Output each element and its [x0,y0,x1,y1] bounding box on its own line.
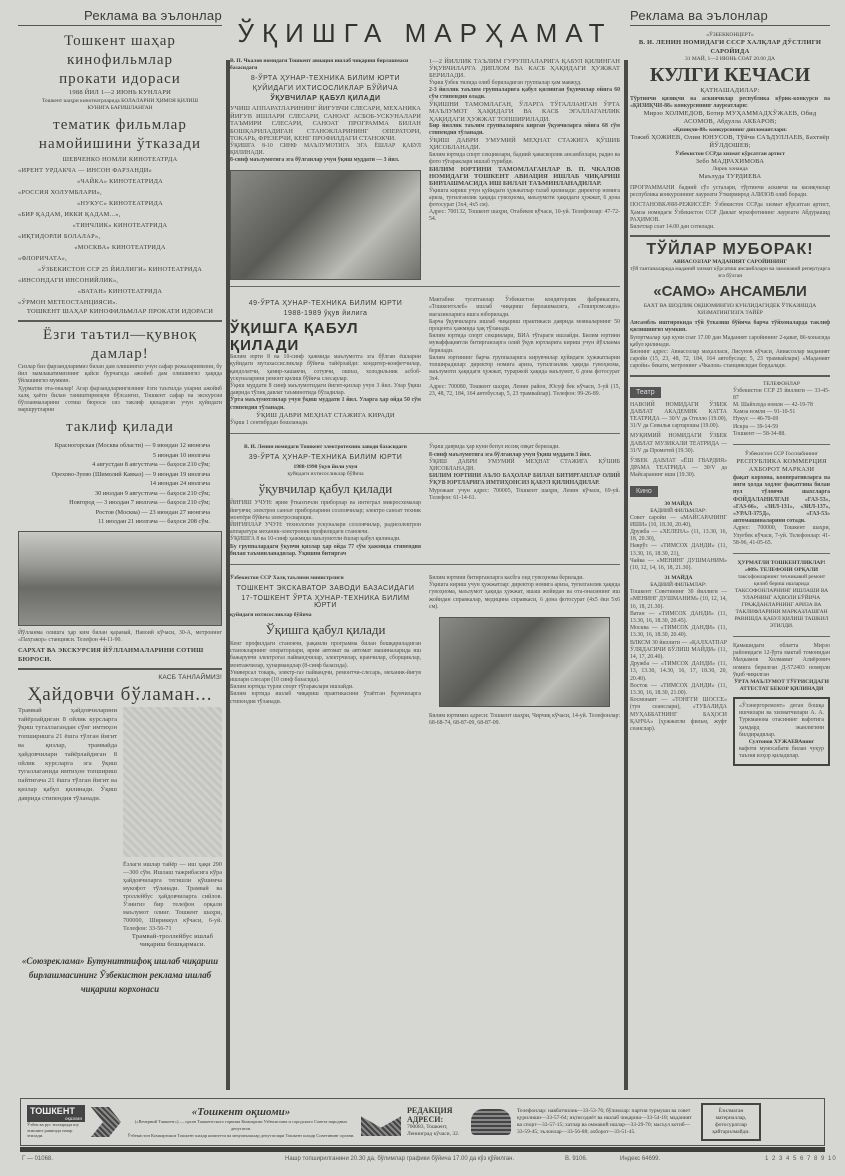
concert-laureates-intro: Тўртинчи қизиқчи ва аскиячилар республик… [630,96,830,110]
ad1-duration: 8-синф маълумотига эга бўлганлар учун ўқ… [230,157,421,164]
divider [733,553,830,554]
ad2-school: 49-ЎРТА ҲУНАР-ТЕХНИКА БИЛИМ ЮРТИ [230,300,421,307]
ad1-right-text: Ўқишга кириш учун қуйидаги ҳужжатлар тал… [429,188,620,210]
auction-address: Адрес: 700000, Тошкент шаҳри, Улуғбек кў… [733,525,830,547]
obituary-box: «Ўзэнергоремонт» деган бошқа ишчилари ва… [733,697,830,766]
auction-name: РЕСПУБЛИКА КОММЕРЦИЯ АХБОРОТ МАРКАЗИ [733,458,830,475]
column-rule [624,60,628,1090]
travel-ad-heading: таклиф қилади [18,418,222,437]
wedding-body: Ансамбль иштирокида тўй ўтказиш бўйича б… [630,320,830,334]
divider [733,444,830,445]
divider [733,636,830,637]
phone-notice-subtitle: «009» ТЕЛЕФОНИ ОРҚАЛИ [733,567,830,574]
concert-diploma: Тожиб ҲОЖИЕВ, Олим ЮНУСОВ, Тўйчи САЪДУЛЛ… [630,134,830,151]
ad2-right: Билим юртида спорт секциялари, ВИА тўгар… [429,333,620,355]
cinema-entry: Наврўз — «ТИМСОХ ДАНДИ» (11, 13.30, 16, … [630,543,727,557]
cinema-date: 30 МАЙДА [630,501,727,508]
ad4-specialty: қуйидаги ихтисосликлар бўйича [230,612,421,619]
route-item: Орехово-Зуево (Шимолий Кавказ) — 9 июнда… [18,470,210,480]
concert-org: «ЎЗБЕККОНЦЕРТ» [630,32,830,39]
tram-ad-body-left: Трамвай ҳайдовчиларини тайёрлайдиган 8 о… [18,707,117,950]
cinema-ad-signature: ТОШКЕНТ ШАҲАР КИНОФИЛЬМЛАР ПРОКАТИ ИДОРА… [18,308,222,317]
tram-ad-title: Ҳайдовчи бўламан... [18,683,222,707]
tram-ad-body-right: Ёзлаги ишлар тайёр — иш ҳақи 290—300 сўм… [123,861,222,933]
editorial-address: 700083, Тошкент, Ленинград кўчаси, 32. [407,1124,465,1138]
ad3-right: Ўқиш даврида ҳар куни бепул иссиқ овқат … [429,444,620,451]
route-item: Ростов (Москва) — 23 июндан 27 июнгача [18,508,210,518]
divider [230,564,620,565]
concert-singer: Маълуда ТУРДИЕВА [630,173,830,182]
concert-artist: Зебо МАДРАХИМОВА [630,158,830,167]
wedding-title: ТЎЙЛАР МУБОРАК! [630,241,830,259]
route-item: 11 июлдан 21 июлгача — баҳоси 208 сўм. [18,517,210,527]
divider [630,235,830,237]
cinema-entry: Москва — «ТИМСОХ ДАНДИ» (11, 13.30, 16, … [630,625,727,639]
route-item: 14 июндан 24 июлгача [18,479,210,489]
ad3-school: 39-ЎРТА ҲУНАР-ТЕХНИКА БИЛИМ ЮРТИ [230,454,421,461]
ad2-right: Мактабни тугатганлар Ўзбекистон кондитер… [429,297,620,319]
concert-tickets: Билетлар соат 14.00 дан сотилади. [630,224,830,231]
paper-logo: ТОШКЕНТ оқшоми Ўзбек ва рус тилларида шу… [21,1105,91,1139]
arrow-emblem-icon [91,1107,121,1137]
cinema-entry: Дружба — «ТИМСОХ ДАНДИ» (11, 13, 13.30, … [630,661,727,683]
cinema-label: БАДИИЙ ФИЛЬМЛАР: [630,508,727,515]
tram-illustration [123,707,222,857]
cinema-listing: «ЧАЙКА» КИНОТЕАТРИДА [18,176,222,187]
right-rubric: Реклама ва эълонлар [630,8,830,26]
ad3-specialty: қуйидаги ихтисосликлар бўйича [230,471,421,478]
left-column: Реклама ва эълонлар Тошкент шаҳар кинофи… [18,8,222,996]
cinema-listing: «НУКУС» КИНОТЕАТРИДА [18,198,222,209]
left-rubric: Реклама ва эълонлар [18,8,222,26]
wedding-ad: ТЎЙЛАР МУБОРАК! АВИАСОЗЛАР МАДАНИЯТ САРО… [630,241,830,370]
telephone-icon [471,1109,511,1135]
logo-text: ТОШКЕНТ [27,1105,85,1117]
footer-imprint: ТОШКЕНТ оқшоми Ўзбек ва рус тилларида шу… [20,1098,825,1146]
phone-notice-body: таксофонларнинг техникавий ремонт қилиб … [733,574,830,630]
cinema-listing: «ИҚТИДОРЛИ БОЛАЛАР», [18,231,222,242]
ad4-company: ТОШКЕНТ ЭКСКАВАТОР ЗАВОДИ БАЗАСИДАГИ [230,585,421,592]
obituary-name: Султонов ХУЖАЕВАнинг [739,739,824,746]
cinema-entry: Космонавт — «ТОНГГИ ШОССЕ» (тун сеанслар… [630,697,727,733]
ad-block-3: В. И. Ленин номидаги Тошкент электротехн… [230,444,620,558]
cinema-listing: «ЎРМОН МЕТЕОСТАНЦИЯСИ». [18,297,222,308]
theatre-entry: МУҚИМИЙ НОМИДАГИ ЎЗБЕК ДАВЛАТ МУЗИКАЛИ Т… [630,433,727,455]
phone-entry: Нукус — 46-70-69 [733,416,830,423]
divider [230,433,620,434]
travel-routes: Красногорская (Москва области) — 9 июнда… [18,441,222,527]
divider [18,320,222,322]
wedding-offer: БАХТ ВА ШОДЛИК ОҚШОМИНГИЗ КУНЛИДАГИДЕК Ў… [630,303,830,317]
tram-ad-signature: Трамвай-троллейбус ишлаб чиқариш бошқарм… [123,933,222,950]
ad1-right-text: Бир йиллик таълим группаларига кирган ўқ… [429,123,620,137]
ad1-heading: ЎҚУВЧИЛАР ҚАБУЛ ҚИЛАДИ [230,95,421,102]
cinema-listing: «БИР ҚАДАМ, ИККИ ҚАДАМ...», [18,209,222,220]
ad3-body: ЙИҒИШ УЧУН: ярим ўтказгичли приборлар ва… [230,500,421,522]
concert-venue: В. И. ЛЕНИН НОМИДАГИ СССР ХАЛҚЛАР ДЎСТЛИ… [630,39,830,56]
ad3-body: ЎҚИШГА 8 ва 10-синф ҳажмида маълумотли ё… [230,536,421,543]
ad2-address: Адрес: 700080, Тошкент шаҳри, Ленин райо… [429,384,620,398]
ad4-heading: Ўқишга қабул қилади [230,622,421,638]
ad3-right: БИЛИМ ЮРТИНИ АЪЛО БАҲОЛАР БИЛАН БИТИРГАН… [429,473,620,487]
cinema-listing: «ВАТАН» КИНОТЕАТРИДА [18,286,222,297]
auction-body: фақат корхона, кооперативларга ва янги ҳ… [733,475,830,525]
middle-column: ЎҚИШГА МАРҲАМАТ В. П. Чкалов номидаги То… [230,0,620,727]
ad1-note: ЎҚИШГА 8-10 СИНФ МАЪЛУМОТИГА ЭГА ЁШЛАР Қ… [230,143,421,157]
concert-artist-intro: Ўзбекистон ССРда хизмат кўрсатган артист [630,151,830,158]
concert-singer-intro: Лирик хонанда [630,166,830,173]
travel-ad-paragraph: Ҳурматли ота-оналар! Агар фарзандларинги… [18,386,222,415]
editorial-phones: Телефонлар: навбатчилик—33-53-76; бўлимл… [511,1108,701,1136]
lost-notice-heading: ЎРТА МАЪЛУМОТ ТЎҒРИСИДАГИ АТТЕСТАТ БЕКОР… [733,679,830,693]
concert-participants-label: ҚАТНАШАДИЛАР: [630,87,830,96]
travel-ad-title: Ёзги таътил—қувноқ дамлар! [18,326,222,364]
ad4-body: Кенг профилдаги станокчи, рақамли програ… [230,641,421,670]
concert-dates: 31 МАЙ, 1—2 ИЮНЬ СОАТ 20.00 ДА [630,56,830,63]
ad1-address: Адрес: 700132, Тошкент шаҳри, Отабеков к… [429,209,620,223]
cinema-listing: «МОСКВА» КИНОТЕАТРИДА [18,242,222,253]
tram-ad: КАСБ ТАНЛАЙМИЗ! Ҳайдовчи бўламан... Трам… [18,674,222,996]
tram-ad-kicker: КАСБ ТАНЛАЙМИЗ! [18,674,222,683]
cinema-entry: Ватан — «ТИМСОХ ДАНДИ» (11, 13.30, 16, 1… [630,611,727,625]
phone-entry: М. Шайхзода номли — 42-19-78 [733,402,830,409]
theatre-building-photo [18,531,222,626]
footer-meta-index: Индекс 64699. [620,1156,660,1162]
ad1-right-text: Билим юртида спорт секциялари, бадиий ҳа… [429,152,620,166]
cinema-listing: «ФЛОРИЧАТА», [18,253,222,264]
footer-bar [20,1147,825,1152]
ad2-heading: ЎҚИШГА ҚАБУЛ ҚИЛАДИ [230,320,421,354]
right-column: Реклама ва эълонлар «ЎЗБЕККОНЦЕРТ» В. И.… [630,8,830,766]
cinema-listing: «РОССИЯ ХОЛУМБЛАРИ», [18,187,222,198]
ad-block-1: В. П. Чкалов номидаги Тошкент авиация иш… [230,58,620,280]
divider [18,668,222,670]
divider [230,286,620,287]
ad2-body: Билим юрти 8 ва 10-синф ҳажмида маълумот… [230,354,421,383]
ad4-body: Универсал токарь, электр-газ пайвандчи, … [230,670,421,684]
travel-ad-intro: Сизлар биз фарзандларимиз билан дам олиш… [18,364,222,386]
ad4-right: Ўқишга кириш учун ҳужжатлар: директор но… [429,582,620,611]
theatre-entry: ЎЗБЕК ДАВЛАТ «ЁШ ГВАРДИЯ» ДРАМА ТЕАТРИДА… [630,458,727,480]
ad2-year: 1988-1989 ўқув йилига [230,310,421,317]
ad2-note: ЎҚИШ ДАВРИ МЕҲНАТ СТАЖИГА КИРАДИ [230,412,421,421]
paper-desc-2: Ўзбекистон Компартияси Тошкент шаҳар ком… [127,1132,355,1139]
lost-notice-body: Қамашидаги облатта Мирзо районидаги 12-ў… [733,643,830,679]
route-item: Красногорская (Москва области) — 9 июнда… [18,441,210,451]
student-portrait-photo [439,617,610,707]
travel-ad-footer-note: Йўлланма олишга ҳар ким билан қарамай, Н… [18,630,222,644]
listings-section: Театр НАВОИЙ НОМИДАГИ ЎЗБЕК ДАВЛАТ АКАДЕ… [630,381,830,767]
obituary-closing: вафоти муносабати билан чуқур таъзия изҳ… [739,746,824,760]
cinema-ad-title-2: прокати идораси [18,70,222,89]
wedding-intro: тўй тантаналарида маданий хизмат кўрсати… [630,266,830,280]
ad2-note: Ўрта маълумотлилар учун ўқиш муддати 1 й… [230,397,421,411]
ad2-note: Ўқиш муддати 8 синф маълумотидаги йигит-… [230,383,421,397]
ad3-intro: В. И. Ленин номидаги Тошкент электротехн… [230,444,421,451]
phone-notice-title: ҲУРМАТЛИ ТОШКЕНТЛИКЛАР! [733,560,830,567]
divider [630,375,830,377]
concert-ad: «ЎЗБЕККОНЦЕРТ» В. И. ЛЕНИН НОМИДАГИ СССР… [630,32,830,231]
phone-entry: Хамза номли — 91-10-51 [733,409,830,416]
cinema-listing: «ИНСОНДАГИ ИНСОНИЙЛИК», [18,275,222,286]
ad1-intro: В. П. Чкалов номидаги Тошкент авиация иш… [230,58,421,72]
cinema-listing: «ИРЕНТ УРДАКЧА — ИНСОН ФАРЗАНДИ» [18,165,222,176]
cinema-ad-heading-1: тематик фильмлар [18,116,222,135]
ad1-right-heading: 1—2 ЙИЛЛИК ТАЪЛИМ ГУРУППАЛАРИГА ҚАБУЛ ҚИ… [429,58,620,80]
travel-ad-signature: САРХАТ ВА ЭКСКУРСИЯ ЙЎЛЛАНМАЛАРИНИ СОТИШ… [18,647,222,664]
cinema-tab: Кино [630,486,658,497]
route-item: 4 августдан 8 августгача — баҳоси 210 сў… [18,460,210,470]
logo-caption: Ўзбек ва рус тилларида шу этишинг равишд… [27,1122,85,1139]
cinema-entry: Тошкент Советининг 30 йиллиги — «МЕНИНГ … [630,589,727,611]
phone-entry: Ўзбекистон ССР 25 йиллиги — 33-45-87 [733,388,830,402]
theatre-tab: Театр [630,387,661,398]
cinema-entry: ВЛКСМ 30 йиллиги — «ҚАЛХАТПАР ЎЛЯДАСИЧИ … [630,640,727,662]
concert-program: ПРОГРАММАНИ бадиий сўз усталари, тўртинч… [630,185,830,199]
concert-director: ПОСТАНОВКАЧИ-РЕЖИССЁР: Ўзбекистон ССРда … [630,202,830,224]
ad3-stipend: Бу группалардаги ўқувчи қизлар ҳар ойда … [230,544,421,558]
wedding-address: Бизнинг адрес: Авиасозлар маҳалласи, Лис… [630,349,830,371]
cinema-listing: ШЕВЧЕНКО НОМЛИ КИНОТЕАТРДА [18,154,222,165]
ad3-body: ЙИҒИНЛАР УЧУН: технология ускуналари соз… [230,522,421,536]
route-item: 30 июлдан 9 августгача — баҳоси 210 сўм; [18,489,210,499]
cinema-entry: Совет саройи — «МАЙСАРАНИНГ ИШИ» (10, 18… [630,515,727,529]
cinema-ad-dates: 1988 ЙИЛ 1—2 ИЮНЬ КУНЛАРИ [18,89,222,98]
newspaper-page: Реклама ва эълонлар Тошкент шаҳар кинофи… [0,0,845,1176]
ad-block-4: Ўзбекистон ССР Халқ таълими министрлиги … [230,575,620,727]
cinema-ad-subtitle: Тошкент шаҳри кинотеатрларида БОЛАЛАРНИ … [18,98,222,112]
ad2-start: Ўқиш 1 сентябрдан бошланади. [230,420,421,427]
ad1-right-text: ЎҚИШ ДАВРИ УМУМИЙ МЕҲНАТ СТАЖИГА ҚЎШИБ Ҳ… [429,137,620,151]
editorial-address-block: РЕДАКЦИЯ АДРЕСИ: 700083, Тошкент, Ленинг… [401,1106,471,1138]
student-photo [230,170,421,280]
theatre-entry: НАВОИЙ НОМИДАГИ ЎЗБЕК ДАВЛАТ АКАДЕМИК КА… [630,402,727,431]
cinema-listing: «ТИНЧЛИК» КИНОТЕАТРИДА [18,220,222,231]
envelope-icon [361,1108,401,1136]
ad1-body: УЧИШ АППАРАТЛАРИНИНГ ЙИҒУВЧИ СЛЕСАРИ, МЕ… [230,105,421,143]
obituary-body: «Ўзэнергоремонт» деган бошқа ишчилари ва… [739,703,824,739]
ad3-right: 8-синф маълумотига эга бўлганлар учун ўқ… [429,452,620,459]
section-masthead: ЎҚИШГА МАРҲАМАТ [230,0,620,48]
cinema-ad: Тошкент шаҳар кинофильмлар прокати идора… [18,32,222,316]
route-item: 5 июндан 10 июлгача [18,451,210,461]
ad1-right-text: БИЛИМ ЮРТИНИ ТАМОМЛАГАНЛАР В. П. ЧКАЛОВ … [429,166,620,188]
auction-org: Ўзбекистон ССР Госснабининг [733,451,830,458]
footer-meta-pages: 1 2 3 4 5 6 7 8 9 10 [765,1156,837,1162]
footer-meta-order: В. 9106. [565,1156,587,1162]
ad3-address: Мурожаат учун адрес: 700005, Тошкент шаҳ… [429,488,620,502]
ad4-school: 17-ТОШКЕНТ ЎРТА ҲУНАР-ТЕХНИКА БИЛИМ ЮРТИ [230,595,421,609]
ad1-right-text: Ўқиш ўзбек тилида олиб бориладиган групп… [429,80,620,87]
editorial-label: РЕДАКЦИЯ АДРЕСИ: [407,1106,465,1124]
ad4-address: Билим юртимиз адреси: Тошкент шаҳри, Чир… [429,713,620,727]
ad3-heading: ўқувчилар қабул қилади [230,481,421,497]
paper-title-block: «Тошкент оқшоми» («Вечерний Ташкент») — … [121,1106,361,1139]
wedding-body: Буюртмалар ҳар куни соат 17.00 дан Мадан… [630,335,830,349]
concert-title: КУЛГИ КЕЧАСИ [630,63,830,87]
footer-meta-mid: Нашр топширилганини 20.30 да, бўлимлар г… [285,1156,514,1162]
cinema-listing: «ЎЗБЕКИСТОН ССР 25 ЙИЛЛИГИ» КИНОТЕАТРИДА [18,264,222,275]
ad2-right: Барча ўқувчиларга ишлаб чиқариш практика… [429,319,620,333]
ad3-right: ЎҚИШ ДАВРИ УМУМИЙ МЕҲНАТ СТАЖИГА ҚЎШИБ Ҳ… [429,459,620,473]
ad1-school: 8-ЎРТА ҲУНАР-ТЕХНИКА БИЛИМ ЮРТИ [230,75,421,82]
travel-ad: Ёзги таътил—қувноқ дамлар! Сизлар биз фа… [18,326,222,664]
cinema-entry: Дружба — «ХЕЛЕНА» (11, 13.30, 16, 18, 20… [630,529,727,543]
ad1-right-text: ЎҚИШНИ ТАМОМЛАГАН, ЎЛАРГА ТЎГАЛЛАНГАН ЎР… [429,101,620,123]
ad4-body: Билим юртида ишлаб чиқариш практикасини … [230,691,421,705]
cinema-entry: Восток — «ТИМСОХ ДАНДИ» (11, 13.30, 16, … [630,683,727,697]
cinema-entry: Чайка — «МЕНИНГ ДУШМАНИМ» (10, 12, 14, 1… [630,558,727,572]
ad1-specialty: ҚУЙИДАГИ ИХТИСОСЛИКЛАР БЎЙИЧА [230,85,421,92]
notice-box: Ёзилмаган материаллар, фотосуратлар қайт… [701,1103,761,1141]
paper-desc: («Вечерний Ташкент») — орган Ташкентског… [127,1118,355,1132]
ad-block-2: 49-ЎРТА ҲУНАР-ТЕХНИКА БИЛИМ ЮРТИ 1988-19… [230,297,620,427]
phone-entry: Тошкент — 58-34-88. [733,431,830,438]
concert-laureates: Мирзо ХОЛМЕДОВ, Ботир МУҲАММАДХЎЖАЕВ, Об… [630,110,830,127]
wedding-ensemble: «САМО» АНСАМБЛИ [630,283,830,300]
cinema-ad-heading-2: намойишини ўтказади [18,135,222,154]
ad4-intro: Ўзбекистон ССР Халқ таълими министрлиги [230,575,421,582]
paper-title: «Тошкент оқшоми» [127,1106,355,1118]
phone-entry: Искра — 39-14-59 [733,424,830,431]
cinema-ad-title-1: Тошкент шаҳар кинофильмлар [18,32,222,70]
route-item: Новгород — 3 июлдан 7 июлгача — баҳоси 2… [18,498,210,508]
soyuzreklama-credit: «Союзреклама» Бутуниттифоқ ишлаб чиқариш… [18,954,222,996]
footer-meta-left: Г — 01068. [22,1156,53,1162]
phones-heading: ТЕЛЕФОНЛАР [733,381,830,388]
ad1-right-text: 2-3 йиллик таълим группаларига қабул қил… [429,87,620,101]
ad2-right: Билим юртининг барча группаларига кирувч… [429,355,620,384]
concert-diploma-intro: «Қизиқчи-88» конкурсининг дипломантлари: [630,127,830,134]
